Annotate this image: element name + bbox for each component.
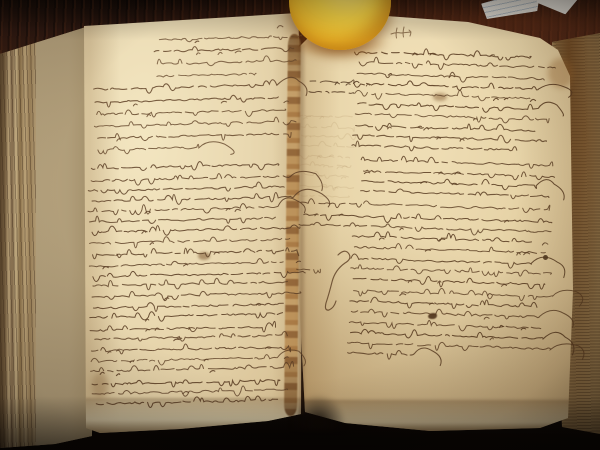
scene [0,0,600,450]
corner-stain [548,58,574,88]
smudge-stain-left [198,252,210,260]
gutter-bottom-shadow [290,394,346,430]
ink-blot-small [543,255,548,260]
margin-stain [92,372,108,398]
page-edges-texture [0,0,40,450]
manuscript-book [0,0,600,450]
smudge-stain [433,93,447,101]
gutter-shadow [297,44,306,414]
right-page [280,0,580,450]
left-page-stack-edges [0,0,96,450]
